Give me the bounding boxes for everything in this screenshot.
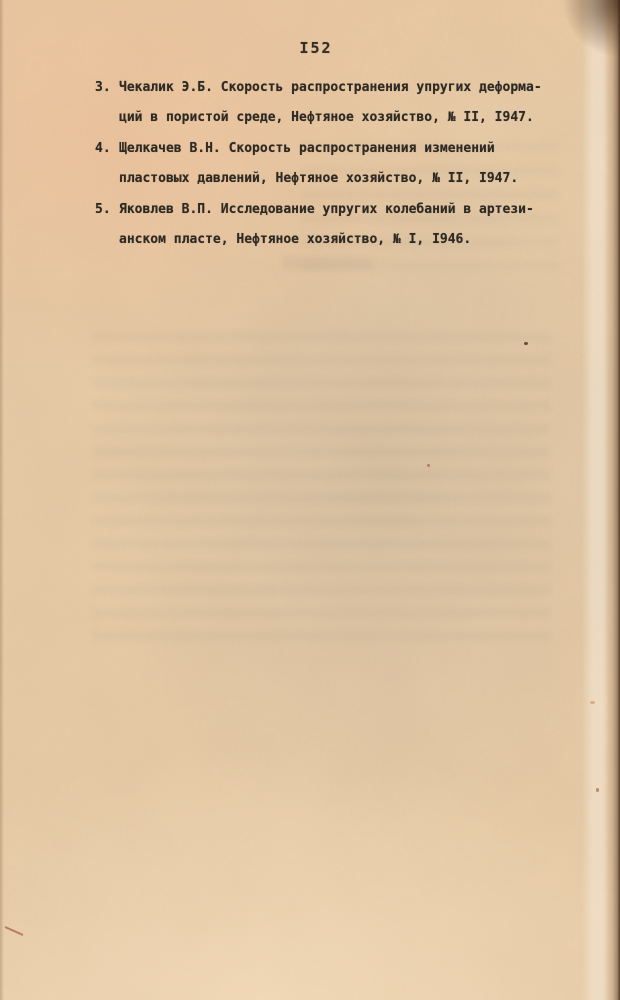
reference-number: 3. <box>95 73 119 103</box>
reference-entry-5: 5.Яковлев В.П. Исследование упругих коле… <box>95 195 560 255</box>
reference-entry-4: 4.Щелкачев В.Н. Скорость распространения… <box>95 134 560 194</box>
scanned-document-page: I52 3.Чекалик Э.Б. Скорость распростране… <box>0 0 620 1000</box>
bleedthrough-text-middle <box>92 332 550 650</box>
reference-text-continuation: пластовых давлений, Нефтяное хозяйство, … <box>95 164 560 194</box>
reference-line: 4.Щелкачев В.Н. Скорость распространения… <box>95 134 560 164</box>
reference-line: 5.Яковлев В.П. Исследование упругих коле… <box>95 195 560 225</box>
paper-speck <box>596 788 599 792</box>
reference-text: Яковлев В.П. Исследование упругих колеба… <box>119 202 534 217</box>
page-number: I52 <box>266 39 366 57</box>
reference-list: 3.Чекалик Э.Б. Скорость распространения … <box>95 73 560 256</box>
paper-fiber-mark <box>4 926 23 936</box>
paper-speck <box>524 342 528 345</box>
reference-text: Чекалик Э.Б. Скорость распространения уп… <box>119 80 542 95</box>
reference-entry-3: 3.Чекалик Э.Б. Скорость распространения … <box>95 73 560 133</box>
reference-text-continuation: анском пласте, Нефтяное хозяйство, № I, … <box>95 225 560 255</box>
reference-line: 3.Чекалик Э.Б. Скорость распространения … <box>95 73 560 103</box>
reference-number: 5. <box>95 195 119 225</box>
paper-speck <box>427 464 430 467</box>
reference-text-continuation: ций в пористой среде, Нефтяное хозяйство… <box>95 103 560 133</box>
bleedthrough-smudge <box>282 256 372 270</box>
reference-text: Щелкачев В.Н. Скорость распространения и… <box>119 141 495 156</box>
reference-number: 4. <box>95 134 119 164</box>
paper-speck <box>590 701 595 704</box>
